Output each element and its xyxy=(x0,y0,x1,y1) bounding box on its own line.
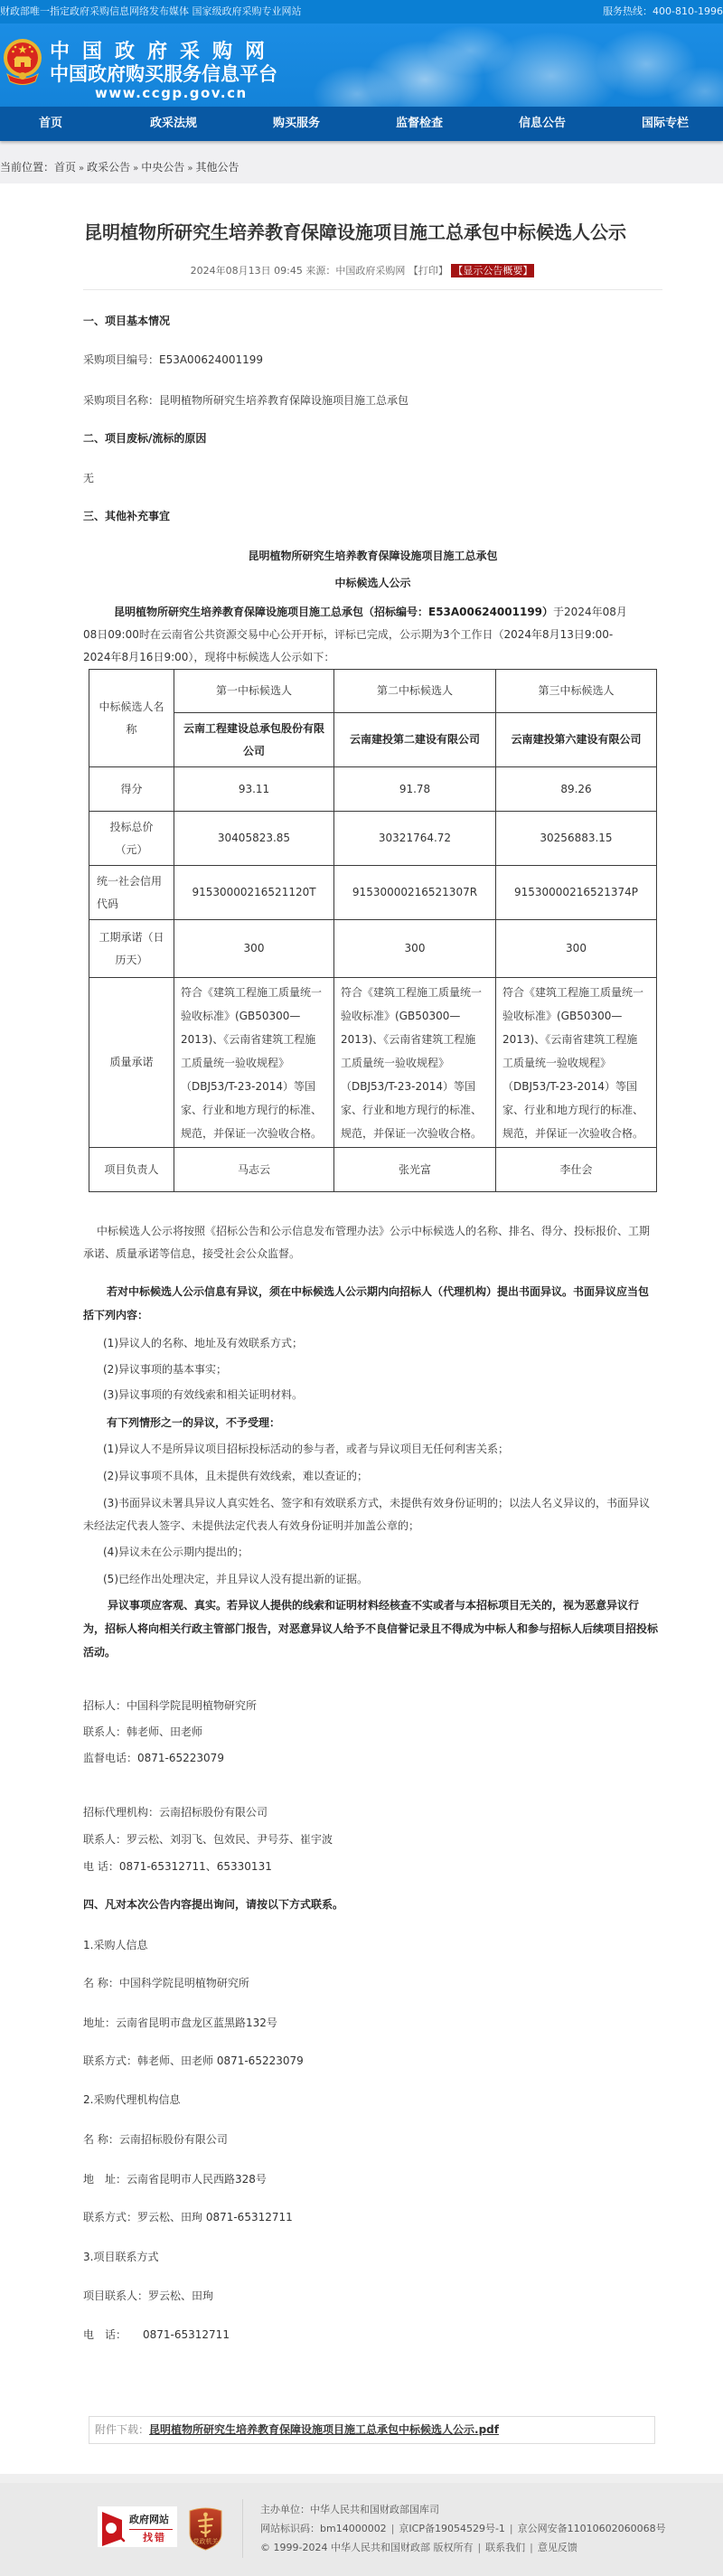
agency-info-title: 2.采购代理机构信息 xyxy=(83,2089,658,2111)
candidate-quality: 符合《建筑工程施工质量统一验收标准》(GB50300—2013)、《云南省建筑工… xyxy=(334,978,496,1148)
breadcrumb-separator-icon: » xyxy=(79,164,84,174)
candidate-rank: 第二中标候选人 xyxy=(334,670,496,713)
candidate-quality: 符合《建筑工程施工质量统一验收标准》(GB50300—2013)、《云南省建筑工… xyxy=(496,978,657,1148)
objection-item: (3)异议事项的有效线索和相关证明材料。 xyxy=(83,1384,658,1406)
purchaser-address: 地址：云南省昆明市盘龙区蓝黑路132号 xyxy=(83,2012,658,2035)
candidate-duration: 300 xyxy=(334,920,496,978)
site-name-logo[interactable]: 中国政府采购网 xyxy=(50,42,277,63)
gov-site-error-report-badge[interactable]: 政府网站 找错 xyxy=(98,2506,177,2547)
title-divider xyxy=(83,289,662,290)
contact-us-link[interactable]: 联系我们 xyxy=(485,2542,525,2553)
objection-item: (1)异议人的名称、地址及有效联系方式； xyxy=(83,1332,658,1355)
error-badge-title: 政府网站 xyxy=(129,2514,169,2526)
nav-item-regulations[interactable]: 政采法规 xyxy=(112,107,235,141)
row-label-price: 投标总价（元） xyxy=(89,812,174,866)
candidate-company: 云南建投第二建设有限公司 xyxy=(334,713,496,767)
candidate-score: 93.11 xyxy=(174,767,334,812)
candidate-credit-code: 91530000216521307R xyxy=(334,866,496,920)
row-label-leader: 项目负责人 xyxy=(89,1148,174,1192)
copyright: © 1999-2024 中华人民共和国财政部 版权所有 xyxy=(260,2542,473,2553)
candidate-rank: 第三中标候选人 xyxy=(496,670,657,713)
objection-intro: 若对中标候选人公示信息有异议，须在中标候选人公示期内向招标人（代理机构）提出书面… xyxy=(83,1280,658,1327)
footer-copyright-line: © 1999-2024 中华人民共和国财政部 版权所有|联系我们|意见反馈 xyxy=(260,2540,577,2556)
platform-name-logo: 中国政府购买服务信息平台 xyxy=(50,63,277,85)
page-title: 昆明植物所研究生培养教育保障设施项目施工总承包中标候选人公示 xyxy=(0,221,710,243)
footer-separator: | xyxy=(530,2542,533,2553)
site-footer: 政府网站 找错 党政机关 主办单位：中华人民共和国财政部国库司 网站标识码：bm… xyxy=(0,2474,723,2576)
footer-separator: | xyxy=(477,2542,481,2553)
candidate-price: 30405823.85 xyxy=(174,812,334,866)
police-record-link[interactable]: 京公网安备11010602060068号 xyxy=(518,2523,666,2534)
breadcrumb-separator-icon: » xyxy=(133,164,138,174)
section-heading-contact: 四、凡对本次公告内容提出询问，请按以下方式联系。 xyxy=(83,1894,658,1916)
disclosure-paragraph: 中标候选人公示将按照《招标公告和公示信息发布管理办法》公示中标候选人的名称、排名… xyxy=(83,1220,658,1265)
breadcrumb-label: 当前位置： xyxy=(0,161,54,174)
attachment-download-link[interactable]: 昆明植物所研究生培养教育保障设施项目施工总承包中标候选人公示.pdf xyxy=(149,2423,499,2436)
main-nav: 首页 政采法规 购买服务 监督检查 信息公告 国际专栏 xyxy=(0,107,723,141)
malicious-objection-notice: 异议事项应客观、真实。若异议人提供的线索和证明材料经核查不实或者与本招标项目无关… xyxy=(83,1594,658,1664)
nav-item-international[interactable]: 国际专栏 xyxy=(604,107,723,141)
source-label: 来源： xyxy=(305,265,335,277)
party-gov-organ-badge[interactable]: 党政机关 xyxy=(187,2506,224,2551)
service-hotline: 服务热线：400-810-1996 xyxy=(603,0,723,24)
row-label-score: 得分 xyxy=(89,767,174,812)
footer-separator: | xyxy=(510,2523,513,2534)
footer-sponsor: 主办单位：中华人民共和国财政部国库司 xyxy=(260,2502,439,2518)
article-meta: 2024年08月13日 09:45 来源：中国政府采购网 【打印】 【显示公告概… xyxy=(0,263,723,279)
section-heading-failure-reason: 二、项目废标/流标的原因 xyxy=(83,428,658,450)
agency-info-address: 地 址：云南省昆明市人民西路328号 xyxy=(83,2168,658,2191)
attachment-label: 附件下载： xyxy=(95,2423,149,2436)
rejection-item: (1)异议人不是所异议项目招标投标活动的参与者，或者与异议项目无任何利害关系； xyxy=(83,1438,658,1461)
table-row: 投标总价（元） 30405823.85 30321764.72 30256883… xyxy=(89,812,657,866)
breadcrumb-bar: 当前位置：首页»政采公告»中央公告»其他公告 xyxy=(0,141,723,183)
site-slogan: 财政部唯一指定政府采购信息网络发布媒体 国家级政府采购专业网站 xyxy=(0,0,302,24)
tenderer-contact: 联系人：韩老师、田老师 xyxy=(83,1721,658,1744)
site-url: www.ccgp.gov.cn xyxy=(95,85,248,101)
rejection-item: (5)已经作出处理决定，并且异议人没有提出新的证据。 xyxy=(83,1568,658,1591)
project-contact-title: 3.项目联系方式 xyxy=(83,2246,658,2269)
table-row: 云南工程建设总承包股份有限公司 云南建投第二建设有限公司 云南建投第六建设有限公… xyxy=(89,713,657,767)
print-link[interactable]: 【打印】 xyxy=(408,265,448,277)
row-label-credit-code: 统一社会信用代码 xyxy=(89,866,174,920)
agency-phone: 电 话：0871-65312711、65330131 xyxy=(83,1856,658,1878)
candidate-duration: 300 xyxy=(174,920,334,978)
candidate-company: 云南建投第六建设有限公司 xyxy=(496,713,657,767)
rejection-item: (4)异议未在公示期内提出的； xyxy=(83,1541,658,1564)
project-name: 采购项目名称：昆明植物所研究生培养教育保障设施项目施工总承包 xyxy=(83,390,658,412)
breadcrumb: 当前位置：首页»政采公告»中央公告»其他公告 xyxy=(0,159,239,177)
candidate-price: 30321764.72 xyxy=(334,812,496,866)
candidate-price: 30256883.15 xyxy=(496,812,657,866)
breadcrumb-other[interactable]: 其他公告 xyxy=(195,161,239,174)
nav-item-home[interactable]: 首页 xyxy=(0,107,112,141)
icp-link[interactable]: 京ICP备19054529号-1 xyxy=(399,2523,505,2534)
nav-item-announcements[interactable]: 信息公告 xyxy=(481,107,604,141)
error-badge-subtitle: 找错 xyxy=(143,2532,166,2544)
rejection-item: (3)书面异议未署具异议人真实姓名、签字和有效联系方式，未提供有效身份证明的；以… xyxy=(83,1492,658,1537)
failure-reason: 无 xyxy=(83,467,658,490)
feedback-link[interactable]: 意见反馈 xyxy=(538,2542,577,2553)
candidate-leader: 李仕会 xyxy=(496,1148,657,1192)
party-badge-label: 党政机关 xyxy=(187,2538,224,2545)
footer-separator: | xyxy=(391,2523,395,2534)
agency-info-name: 名 称：云南招标股份有限公司 xyxy=(83,2129,658,2151)
candidate-duration: 300 xyxy=(496,920,657,978)
candidate-credit-code: 91530000216521120T xyxy=(174,866,334,920)
purchaser-contact: 联系方式：韩老师、田老师 0871-65223079 xyxy=(83,2050,658,2073)
candidate-leader: 马志云 xyxy=(174,1148,334,1192)
footer-top-band xyxy=(0,2474,723,2483)
project-contact-phone: 电 话： 0871-65312711 xyxy=(83,2324,658,2346)
show-summary-button[interactable]: 【显示公告概要】 xyxy=(451,264,534,277)
table-row: 项目负责人 马志云 张光富 李仕会 xyxy=(89,1148,657,1192)
top-bar: 财政部唯一指定政府采购信息网络发布媒体 国家级政府采购专业网站 服务热线：400… xyxy=(0,0,723,24)
agency-name: 招标代理机构：云南招标股份有限公司 xyxy=(83,1801,658,1824)
candidate-score: 91.78 xyxy=(334,767,496,812)
site-banner: 中国政府采购网 中国政府购买服务信息平台 www.ccgp.gov.cn xyxy=(0,24,723,107)
intro-project-bold: 昆明植物所研究生培养教育保障设施项目施工总承包（招标编号：E53A0062400… xyxy=(114,606,553,618)
project-number: 采购项目编号：E53A00624001199 xyxy=(83,349,658,371)
site-code: 网站标识码：bm14000002 xyxy=(260,2523,387,2534)
candidate-credit-code: 91530000216521374P xyxy=(496,866,657,920)
candidate-leader: 张光富 xyxy=(334,1148,496,1192)
source-name: 中国政府采购网 xyxy=(335,265,405,277)
table-row: 统一社会信用代码 91530000216521120T 915300002165… xyxy=(89,866,657,920)
nav-item-purchase-services[interactable]: 购买服务 xyxy=(235,107,358,141)
breadcrumb-separator-icon: » xyxy=(187,164,192,174)
candidate-company: 云南工程建设总承包股份有限公司 xyxy=(174,713,334,767)
footer-divider xyxy=(242,2499,243,2558)
row-label-name: 中标候选人名称 xyxy=(89,670,174,767)
section-heading-supplementary: 三、其他补充事宜 xyxy=(83,505,658,528)
candidate-score: 89.26 xyxy=(496,767,657,812)
intro-paragraph: 昆明植物所研究生培养教育保障设施项目施工总承包（招标编号：E53A0062400… xyxy=(83,601,633,669)
project-contact-person: 项目联系人：罗云松、田珣 xyxy=(83,2285,658,2308)
breadcrumb-gov-procurement[interactable]: 政采公告 xyxy=(87,161,130,174)
breadcrumb-home[interactable]: 首页 xyxy=(54,161,76,174)
row-label-duration: 工期承诺（日历天） xyxy=(89,920,174,978)
rejection-item: (2)异议事项不具体，且未提供有效线索，难以查证的； xyxy=(83,1465,658,1488)
nav-item-supervision[interactable]: 监督检查 xyxy=(358,107,481,141)
tenderer-name: 招标人：中国科学院昆明植物研究所 xyxy=(83,1695,658,1717)
doc-title-line-1: 昆明植物所研究生培养教育保障设施项目施工总承包 xyxy=(83,545,662,568)
table-row: 得分 93.11 91.78 89.26 xyxy=(89,767,657,812)
breadcrumb-central[interactable]: 中央公告 xyxy=(141,161,184,174)
purchaser-name: 名 称：中国科学院昆明植物研究所 xyxy=(83,1972,658,1995)
table-row: 工期承诺（日历天） 300 300 300 xyxy=(89,920,657,978)
section-heading-basic-info: 一、项目基本情况 xyxy=(83,310,658,333)
candidate-table: 中标候选人名称 第一中标候选人 第二中标候选人 第三中标候选人 云南工程建设总承… xyxy=(89,669,657,1192)
footer-registration: 网站标识码：bm14000002|京ICP备19054529号-1|京公网安备1… xyxy=(260,2521,666,2537)
rejection-intro: 有下列情形之一的异议，不予受理： xyxy=(83,1412,658,1434)
agency-contact: 联系人：罗云松、刘羽飞、包效民、尹号芬、崔宇波 xyxy=(83,1829,658,1851)
table-row: 质量承诺 符合《建筑工程施工质量统一验收标准》(GB50300—2013)、《云… xyxy=(89,978,657,1148)
objection-item: (2)异议事项的基本事实； xyxy=(83,1359,658,1381)
national-emblem-icon[interactable] xyxy=(3,38,42,87)
error-badge-rule xyxy=(129,2529,173,2530)
row-label-quality: 质量承诺 xyxy=(89,978,174,1148)
table-row: 中标候选人名称 第一中标候选人 第二中标候选人 第三中标候选人 xyxy=(89,670,657,713)
candidate-rank: 第一中标候选人 xyxy=(174,670,334,713)
attachment-box: 附件下载：昆明植物所研究生培养教育保障设施项目施工总承包中标候选人公示.pdf xyxy=(89,2416,655,2444)
supervision-phone: 监督电话：0871-65223079 xyxy=(83,1747,658,1770)
agency-info-contact: 联系方式：罗云松、田珣 0871-65312711 xyxy=(83,2206,658,2229)
candidate-quality: 符合《建筑工程施工质量统一验收标准》(GB50300—2013)、《云南省建筑工… xyxy=(174,978,334,1148)
publish-datetime: 2024年08月13日 09:45 xyxy=(191,265,303,277)
doc-title-line-2: 中标候选人公示 xyxy=(83,572,662,595)
purchaser-info-title: 1.采购人信息 xyxy=(83,1934,658,1957)
